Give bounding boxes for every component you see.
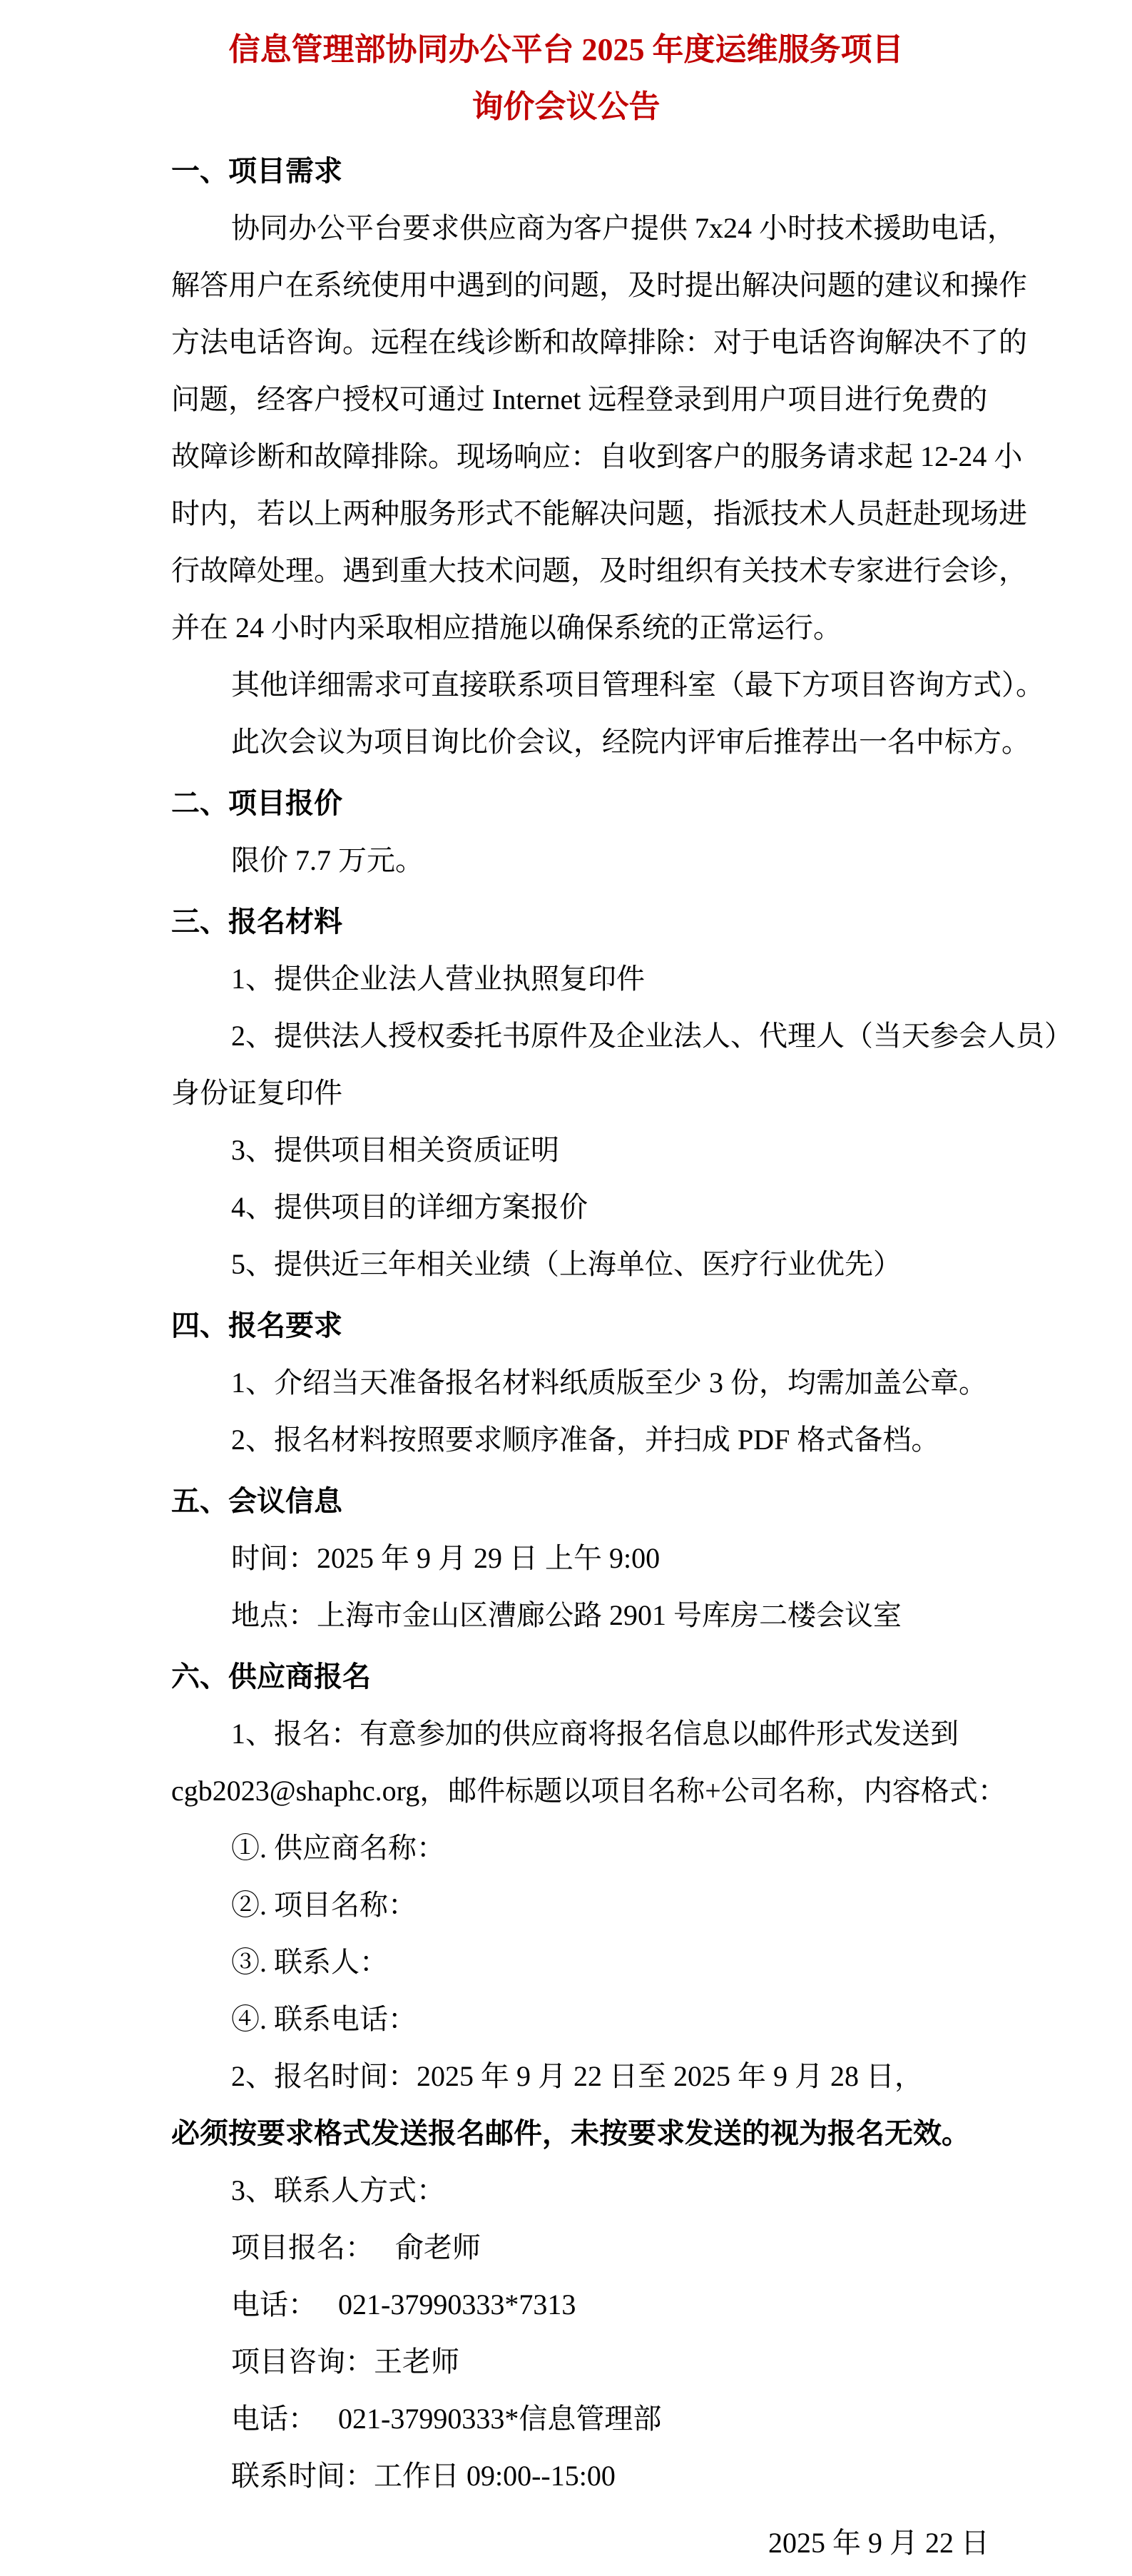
announcement-document: 信息管理部协同办公平台 2025 年度运维服务项目 询价会议公告 一、项目需求 … xyxy=(0,0,1132,2576)
contact-name: 项目报名： 俞老师 xyxy=(171,2219,989,2276)
doc-line: 解答用户在系统使用中遇到的问题，及时提出解决问题的建议和操作 xyxy=(171,257,989,314)
contact-name: 项目咨询：王老师 xyxy=(171,2333,989,2390)
registration-period: 2、报名时间：2025 年 9 月 22 日至 2025 年 9 月 28 日， xyxy=(171,2048,989,2105)
registration-email: cgb2023@shaphc.org，邮件标题以项目名称+公司名称，内容格式： xyxy=(171,1763,989,1820)
document-title-line-2: 询价会议公告 xyxy=(0,78,1132,136)
section-heading-5: 五、会议信息 xyxy=(171,1473,989,1530)
section-heading-4: 四、报名要求 xyxy=(171,1297,989,1354)
form-field-label: ②. 项目名称： xyxy=(171,1877,989,1934)
list-item-continuation: 身份证复印件 xyxy=(171,1065,989,1122)
doc-line: 方法电话咨询。远程在线诊断和故障排除：对于电话咨询解决不了的 xyxy=(171,314,989,371)
doc-line: 问题，经客户授权可通过 Internet 远程登录到用户项目进行免费的 xyxy=(171,371,989,428)
contact-phone: 电话： 021-37990333*7313 xyxy=(171,2276,989,2333)
doc-line: 并在 24 小时内采取相应措施以确保系统的正常运行。 xyxy=(171,599,989,656)
doc-line: 其他详细需求可直接联系项目管理科室（最下方项目咨询方式）。 xyxy=(171,656,989,714)
list-item: 5、提供近三年相关业绩（上海单位、医疗行业优先） xyxy=(171,1236,989,1293)
doc-line: 3、联系人方式： xyxy=(171,2162,989,2219)
document-title-line-1: 信息管理部协同办公平台 2025 年度运维服务项目 xyxy=(0,21,1132,78)
doc-line: 限价 7.7 万元。 xyxy=(171,832,989,889)
doc-line: 时内，若以上两种服务形式不能解决问题，指派技术人员赶赴现场进 xyxy=(171,485,989,542)
document-title: 信息管理部协同办公平台 2025 年度运维服务项目 询价会议公告 xyxy=(0,21,1132,136)
footer-date: 2025 年 9 月 22 日 xyxy=(171,2515,989,2572)
contact-phone: 电话： 021-37990333*信息管理部 xyxy=(171,2390,989,2448)
doc-line: 此次会议为项目询比价会议，经院内评审后推荐出一名中标方。 xyxy=(171,714,989,771)
list-item: 1、提供企业法人营业执照复印件 xyxy=(171,950,989,1008)
section-heading-2: 二、项目报价 xyxy=(171,775,989,832)
form-field-label: ④. 联系电话： xyxy=(171,1991,989,2048)
registration-warning: 必须按要求格式发送报名邮件，未按要求发送的视为报名无效。 xyxy=(171,2105,989,2162)
doc-line: 协同办公平台要求供应商为客户提供 7x24 小时技术援助电话， xyxy=(171,200,989,257)
doc-line: 1、报名：有意参加的供应商将报名信息以邮件形式发送到 xyxy=(171,1705,989,1763)
meeting-location: 地点：上海市金山区漕廊公路 2901 号库房二楼会议室 xyxy=(171,1587,989,1644)
section-heading-6: 六、供应商报名 xyxy=(171,1648,989,1705)
list-item: 2、提供法人授权委托书原件及企业法人、代理人（当天参会人员） xyxy=(171,1008,989,1065)
doc-line: 故障诊断和故障排除。现场响应：自收到客户的服务请求起 12-24 小 xyxy=(171,428,989,485)
section-heading-1: 一、项目需求 xyxy=(171,143,989,200)
meeting-time: 时间：2025 年 9 月 29 日 上午 9:00 xyxy=(171,1530,989,1587)
list-item: 2、报名材料按照要求顺序准备，并扫成 PDF 格式备档。 xyxy=(171,1411,989,1469)
doc-line: 行故障处理。遇到重大技术问题，及时组织有关技术专家进行会诊， xyxy=(171,542,989,599)
list-item: 1、介绍当天准备报名材料纸质版至少 3 份，均需加盖公章。 xyxy=(171,1354,989,1411)
section-heading-3: 三、报名材料 xyxy=(171,893,989,950)
list-item: 4、提供项目的详细方案报价 xyxy=(171,1179,989,1236)
form-field-label: ③. 联系人： xyxy=(171,1934,989,1991)
form-field-label: ①. 供应商名称： xyxy=(171,1820,989,1877)
list-item: 3、提供项目相关资质证明 xyxy=(171,1122,989,1179)
contact-hours: 联系时间：工作日 09:00--15:00 xyxy=(171,2448,989,2505)
